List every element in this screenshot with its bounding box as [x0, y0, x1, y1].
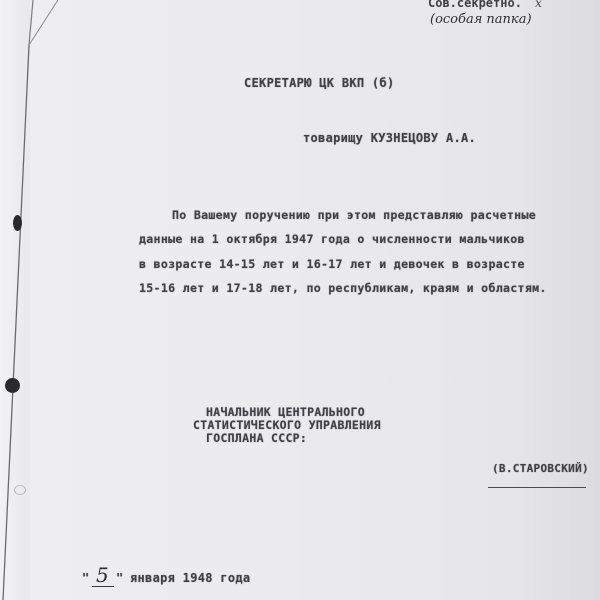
classification-text: Сов.секретно. — [428, 0, 522, 10]
punch-hole-lower — [14, 485, 26, 495]
body-line-4: 15-16 лет и 17-18 лет, по республикам, к… — [139, 281, 547, 295]
date-close-quote: " — [116, 571, 124, 585]
body-line-2: данные на 1 октября 1947 года о численно… — [139, 232, 525, 246]
body-line-1: По Вашему поручению при этом представляю… — [172, 208, 536, 222]
punch-hole-upper — [13, 215, 22, 231]
page-edge-line — [0, 0, 60, 600]
addressee-title: СЕКРЕТАРЮ ЦК ВКП (б) — [244, 76, 395, 90]
signature-title-line-1: НАЧАЛЬНИК ЦЕНТРАЛЬНОГО — [206, 405, 365, 419]
addressee-name: товарищу КУЗНЕЦОВУ А.А. — [303, 131, 476, 145]
signatory-name: (В.СТАРОВСКИЙ) — [492, 462, 589, 475]
signature-title-line-2: СТАТИСТИЧЕСКОГО УПРАВЛЕНИЯ — [193, 418, 381, 432]
punch-hole-middle — [5, 378, 20, 393]
date-open-quote: " — [82, 571, 90, 585]
date-day-handwritten: 5 — [96, 563, 109, 587]
classification-stamp: Сов.секретно. x — [428, 0, 542, 10]
body-line-3: в возрасте 14-15 лет и 16-17 лет и девоч… — [139, 257, 525, 271]
handwritten-note: (особая папка) — [430, 12, 532, 27]
signature-line — [488, 487, 586, 488]
date-text: января 1948 года — [130, 571, 250, 585]
classification-mark: x — [535, 0, 542, 10]
signature-title-line-3: ГОСПЛАНА СССР: — [206, 431, 307, 445]
date-day-underline — [92, 586, 114, 587]
document-page: Сов.секретно. x (особая папка) СЕКРЕТАРЮ… — [0, 0, 600, 600]
